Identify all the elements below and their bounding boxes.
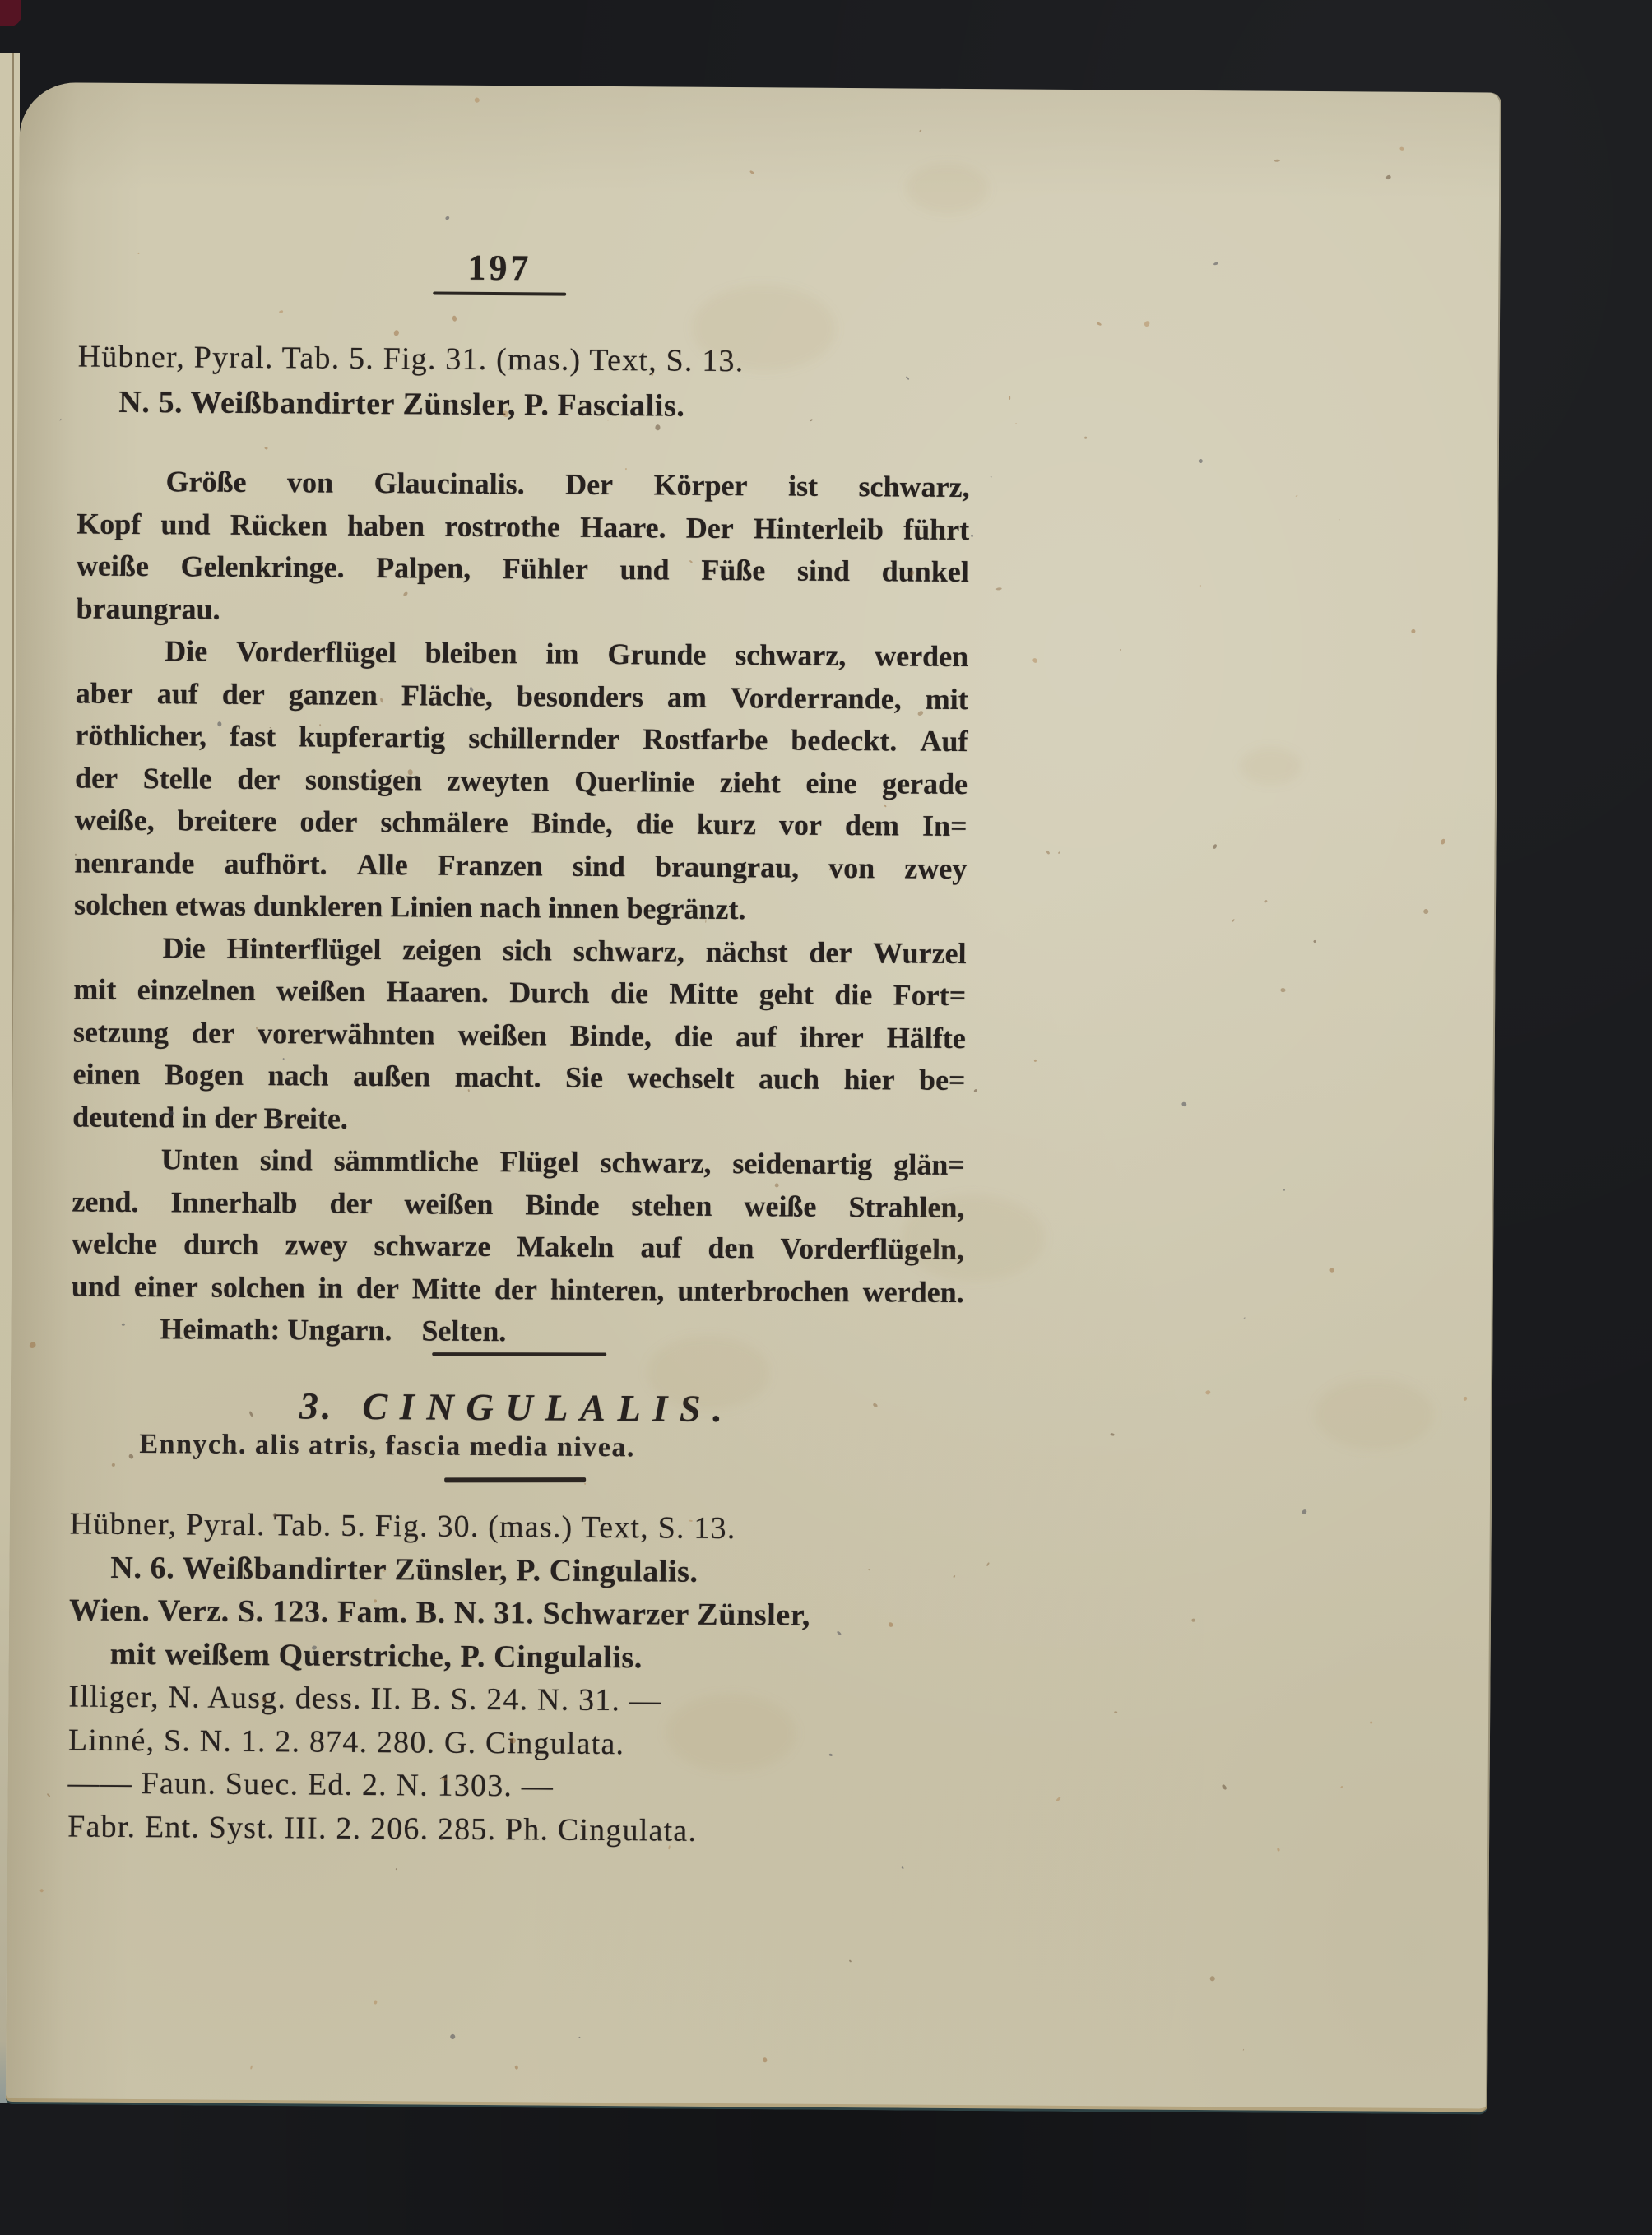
word: der	[222, 673, 265, 716]
word: röthlicher,	[75, 714, 206, 758]
word: Fläche,	[401, 675, 493, 717]
paper-speck	[395, 1868, 397, 1871]
paper-speck	[1046, 851, 1050, 855]
text-line: röthlicher,fastkupferartigschillernderRo…	[75, 714, 968, 763]
word: Der	[565, 464, 613, 507]
word: der	[809, 931, 852, 974]
text-line: Heimath: Ungarn. Selten.	[71, 1307, 963, 1356]
reference-line: Fabr. Ent. Syst. III. 2. 206. 285. Ph. C…	[67, 1805, 1088, 1855]
species-diagnosis: Ennych. alis atris, fascia media nivea.	[139, 1429, 635, 1463]
word: sich	[503, 930, 552, 972]
word: macht.	[454, 1056, 541, 1099]
word: der	[329, 1182, 372, 1225]
word: Gelenkringe.	[180, 545, 344, 589]
paper-speck	[578, 2037, 580, 2038]
paper-speck	[1410, 628, 1415, 634]
word: ihrer	[800, 1016, 864, 1059]
word: Vorderrande,	[731, 677, 902, 721]
paper-speck	[449, 2033, 456, 2040]
word: die	[834, 974, 872, 1017]
paper-speck	[1277, 1848, 1280, 1851]
page-number-rule	[433, 292, 566, 296]
text-line: derStelledersonstigenzweytenQuerliniezie…	[75, 757, 968, 805]
word: Hälfte	[887, 1017, 966, 1060]
fascialis-description: GrößevonGlaucinalis.DerKörperistschwarz,…	[71, 460, 970, 1356]
word: aber	[76, 672, 133, 715]
word: kurz	[697, 804, 756, 846]
word: die	[636, 803, 674, 846]
word: einer	[134, 1266, 198, 1309]
word: mit	[73, 968, 116, 1011]
word: schwarz,	[573, 930, 684, 972]
word: sämmtliche	[334, 1140, 479, 1184]
word: Die	[165, 630, 207, 673]
word: schwarz,	[735, 634, 846, 677]
paper-speck	[474, 97, 480, 104]
word: auf	[157, 673, 198, 716]
word: Vorderflügel	[236, 631, 397, 675]
word: werden	[875, 635, 968, 678]
paper-speck	[901, 1866, 903, 1869]
paper-stain	[1315, 1378, 1435, 1450]
reference-line: —— Faun. Suec. Ed. 2. N. 1303. —	[67, 1761, 1088, 1811]
word: haben	[347, 504, 425, 547]
word: Fühler	[503, 548, 588, 591]
word: braungrau,	[655, 846, 799, 889]
word: die	[610, 972, 648, 1015]
paper-speck	[1032, 657, 1038, 664]
text-line: weiße,breitereoderschmälereBinde,diekurz…	[75, 799, 968, 847]
word: sind	[573, 845, 625, 888]
text-line: DieHinterflügelzeigensichschwarz,nächstd…	[73, 926, 966, 975]
scan-background: 197 Hübner, Pyral. Tab. 5. Fig. 31. (mas…	[0, 0, 1652, 2235]
paper-speck	[374, 2001, 378, 2005]
word: fast	[230, 716, 276, 758]
paper-speck	[971, 535, 974, 538]
paper-speck	[584, 1483, 587, 1485]
text-line: setzungdervorerwähntenweißenBinde,dieauf…	[73, 1011, 966, 1060]
paper-speck	[1213, 843, 1218, 849]
paper-speck	[1192, 1619, 1195, 1622]
word: Franzen	[438, 844, 543, 887]
word: schmälere	[380, 801, 508, 845]
paper-speck	[1463, 1396, 1467, 1401]
text-line: GrößevonGlaucinalis.DerKörperistschwarz,	[77, 460, 969, 508]
word: weiße,	[75, 799, 155, 842]
paper-speck	[749, 169, 755, 174]
word: Füße	[701, 549, 765, 592]
word: kupferartig	[299, 716, 445, 759]
word: welche	[72, 1222, 157, 1265]
paper-speck	[849, 1959, 852, 1962]
paper-speck	[39, 1889, 44, 1894]
word: Palpen,	[376, 547, 471, 590]
word: Unten	[161, 1138, 239, 1181]
word: die	[675, 1015, 712, 1058]
word: Querlinie	[574, 760, 694, 804]
paper-speck	[1295, 494, 1297, 497]
fascialis-reference-block: Hübner, Pyral. Tab. 5. Fig. 31. (mas.) T…	[77, 335, 1098, 433]
paper-speck	[59, 418, 61, 420]
section-divider	[444, 1477, 586, 1482]
word: Sie	[565, 1057, 603, 1100]
word: durch	[183, 1223, 259, 1266]
paper-stain	[1240, 747, 1302, 785]
text-line: braungrau.	[76, 587, 968, 636]
binding-corner	[0, 0, 21, 26]
word: vorerwähnten	[258, 1013, 435, 1056]
word: vor	[779, 804, 822, 846]
word: Der	[686, 507, 734, 549]
word: seidenartig	[732, 1143, 872, 1186]
word: und	[619, 549, 669, 591]
word: auf	[640, 1226, 681, 1269]
paper-speck	[1281, 988, 1286, 992]
paper-speck	[128, 1453, 135, 1459]
word: den	[708, 1227, 754, 1270]
paper-speck	[1329, 1267, 1334, 1272]
paper-speck	[452, 316, 457, 322]
word: oder	[299, 800, 357, 843]
paper-speck	[1370, 1721, 1372, 1724]
word: Die	[162, 927, 205, 970]
text-line: aberaufderganzenFläche,besondersamVorder…	[76, 672, 968, 721]
word: weiße	[77, 545, 149, 587]
text-line: einenBogennachaußenmacht.Siewechseltauch…	[72, 1053, 965, 1101]
species-name: CINGULALIS.	[362, 1385, 734, 1430]
word: Glaucinalis.	[374, 462, 524, 506]
word: glän=	[893, 1143, 965, 1186]
word: Durch	[509, 971, 590, 1014]
paper-speck	[1110, 1432, 1114, 1435]
word: stehen	[631, 1185, 712, 1227]
word: mit	[926, 678, 968, 721]
word: und	[160, 503, 210, 546]
word: weißen	[458, 1013, 547, 1056]
word: solchen	[211, 1266, 305, 1309]
word: von	[287, 461, 333, 504]
word: Haare.	[580, 506, 666, 549]
paper-speck	[47, 1793, 51, 1797]
paper-speck	[279, 310, 284, 314]
paper-speck	[1263, 900, 1267, 903]
paper-speck	[138, 252, 141, 254]
word: am	[667, 676, 707, 719]
word: In=	[922, 805, 968, 848]
paper-speck	[1341, 1786, 1343, 1788]
word: Hinterleib	[754, 508, 884, 551]
word: Flügel	[499, 1141, 578, 1184]
section-divider	[432, 1352, 606, 1356]
word: schwarze	[374, 1225, 490, 1268]
paper-speck	[1200, 584, 1202, 587]
paper-speck	[1058, 852, 1060, 855]
reference-line: mit weißem Querstriche, P. Cingulalis.	[68, 1632, 1088, 1682]
paper-speck	[28, 1341, 36, 1349]
reference-line: Linné, S. N. 1. 2. 874. 280. G. Cingulat…	[68, 1718, 1088, 1769]
species-number: 3.	[299, 1384, 335, 1426]
word: hier	[843, 1059, 894, 1101]
paper-speck	[1084, 437, 1087, 440]
word: Strahlen,	[848, 1186, 964, 1229]
word: einen	[72, 1053, 140, 1096]
word: aufhört.	[224, 842, 327, 885]
paper-speck	[393, 329, 400, 336]
word: in	[318, 1267, 343, 1310]
paper-speck	[1181, 1101, 1187, 1107]
word: Fort=	[893, 974, 967, 1017]
paper-speck	[445, 216, 450, 220]
reference-line: N. 6. Weißbandirter Zünsler, P. Cingulal…	[69, 1546, 1089, 1596]
word: von	[828, 846, 875, 889]
word: im	[545, 633, 578, 675]
paper-speck	[1144, 320, 1151, 327]
paper-speck	[1221, 1783, 1227, 1790]
paper-speck	[1210, 1976, 1215, 1981]
book-page: 197 Hübner, Pyral. Tab. 5. Fig. 31. (mas…	[6, 82, 1501, 2115]
word: ganzen	[289, 674, 378, 716]
paper-speck	[1385, 174, 1392, 180]
word: dem	[845, 805, 899, 847]
word: be=	[919, 1060, 966, 1102]
page-number: 197	[413, 246, 586, 289]
word: Rücken	[230, 503, 327, 546]
word: Stelle	[143, 758, 212, 800]
paper-speck	[1198, 459, 1203, 464]
word: der	[192, 1012, 234, 1055]
paper-speck	[919, 129, 921, 132]
cingulalis-reference-block: Hübner, Pyral. Tab. 5. Fig. 30. (mas.) T…	[67, 1502, 1090, 1855]
word: gerade	[882, 763, 968, 805]
paper-speck	[1213, 262, 1218, 265]
text-line: solchen etwas dunkleren Linien nach inne…	[74, 883, 967, 932]
word: Größe	[165, 461, 246, 503]
word: Rostfarbe	[643, 718, 768, 762]
word: weiße	[744, 1185, 816, 1228]
word: breitere	[178, 800, 277, 842]
word: Binde	[525, 1184, 599, 1226]
word: zend.	[72, 1180, 138, 1223]
paper-speck	[1338, 519, 1339, 522]
word: Makeln	[517, 1226, 614, 1268]
word: führt	[903, 508, 969, 551]
word: Wurzel	[873, 932, 967, 975]
paper-speck	[1302, 1509, 1308, 1515]
word: Hinterflügel	[226, 927, 381, 971]
word: setzung	[73, 1011, 169, 1054]
paper-speck	[1314, 939, 1317, 943]
paper-speck	[1204, 1389, 1211, 1395]
word: zwey	[904, 847, 967, 890]
paper-speck	[1274, 160, 1280, 163]
paper-speck	[1243, 2049, 1245, 2051]
reference-line: N. 5. Weißbandirter Zünsler, P. Fasciali…	[77, 380, 1097, 433]
paper-speck	[1440, 838, 1446, 845]
word: nächst	[705, 930, 787, 973]
text-line: KopfundRückenhabenrostrotheHaare.DerHint…	[77, 503, 969, 551]
page-header: 197	[413, 246, 586, 295]
paper-speck	[1096, 322, 1101, 326]
paper-speck	[1232, 920, 1235, 923]
word: Binde,	[531, 802, 613, 845]
word: bedeckt.	[791, 720, 897, 763]
species-heading: 3.CINGULALIS.	[71, 1382, 963, 1432]
word: zeigen	[402, 929, 481, 971]
word: weißen	[404, 1183, 493, 1226]
paper-speck	[991, 476, 993, 478]
word: Alle	[356, 843, 407, 886]
text-line: DieVorderflügelbleibenimGrundeschwarz,we…	[76, 629, 968, 678]
word: auf	[736, 1016, 777, 1059]
word: ist	[788, 466, 818, 508]
word: hinteren,	[550, 1268, 665, 1311]
paper-speck	[996, 587, 1002, 591]
word: Mitte	[412, 1268, 481, 1310]
word: auch	[759, 1058, 819, 1101]
text-line: zend.InnerhalbderweißenBindestehenweißeS…	[72, 1180, 964, 1229]
word: werden.	[863, 1271, 964, 1314]
word: besonders	[517, 675, 643, 719]
paper-speck	[763, 2057, 768, 2063]
paper-speck	[250, 2065, 253, 2069]
text-line: miteinzelnenweißenHaaren.DurchdieMittege…	[73, 968, 966, 1017]
word: nach	[267, 1055, 328, 1097]
paper-speck	[1243, 1317, 1245, 1319]
text-line: nenrandeaufhört.AlleFranzensindbraungrau…	[74, 842, 967, 890]
word: schillernder	[468, 717, 619, 761]
paper-speck	[1423, 909, 1429, 915]
word: zwey	[285, 1224, 347, 1267]
paper-speck	[1114, 1712, 1117, 1713]
word: wechselt	[627, 1057, 734, 1100]
word: sonstigen	[305, 758, 422, 801]
text-line: weißeGelenkringe.Palpen,FühlerundFüßesin…	[77, 545, 969, 593]
word: zieht	[720, 761, 781, 804]
word: Vorderflügeln,	[780, 1227, 964, 1271]
paper-speck	[1283, 1189, 1286, 1191]
text-line: undeinersolcheninderMittederhinteren,unt…	[72, 1265, 964, 1314]
word: weißen	[276, 970, 365, 1013]
paper-speck	[514, 2065, 519, 2070]
word: geht	[759, 973, 814, 1016]
word: zweyten	[447, 759, 549, 802]
word: eine	[805, 762, 856, 805]
paper-speck	[1119, 649, 1121, 651]
word: bleiben	[425, 632, 517, 675]
word: unterbrochen	[677, 1269, 850, 1313]
word: Grunde	[607, 633, 706, 676]
reference-line: Wien. Verz. S. 123. Fam. B. N. 31. Schwa…	[69, 1588, 1089, 1639]
word: Auf	[920, 721, 968, 763]
word: Haaren.	[386, 971, 489, 1013]
word: schwarz,	[600, 1142, 711, 1185]
word: außen	[353, 1055, 430, 1098]
word: sind	[260, 1139, 313, 1182]
reference-line: Hübner, Pyral. Tab. 5. Fig. 30. (mas.) T…	[70, 1502, 1090, 1552]
text-line: welchedurchzweyschwarzeMakelnaufdenVorde…	[72, 1222, 964, 1271]
word: Bogen	[165, 1054, 244, 1097]
text-line: deutend in der Breite.	[72, 1096, 965, 1144]
word: einzelnen	[137, 969, 256, 1013]
word: der	[75, 757, 118, 800]
word: Innerhalb	[170, 1181, 297, 1225]
word: der	[237, 758, 280, 800]
paper-speck	[265, 447, 269, 451]
word: und	[72, 1265, 121, 1308]
word: sind	[797, 550, 850, 593]
word: nenrande	[74, 842, 194, 885]
paper-stain	[906, 164, 990, 215]
text-line: UntensindsämmtlicheFlügelschwarz,seidena…	[72, 1138, 965, 1186]
word: Binde,	[570, 1014, 652, 1057]
paper-speck	[973, 1088, 977, 1092]
reference-line: Hübner, Pyral. Tab. 5. Fig. 31. (mas.) T…	[77, 335, 1097, 387]
paper-speck	[1034, 1059, 1037, 1061]
word: rostrothe	[444, 505, 560, 548]
word: der	[356, 1267, 399, 1310]
reference-line: Illiger, N. Ausg. dess. II. B. S. 24. N.…	[68, 1675, 1088, 1725]
word: dunkel	[882, 550, 969, 593]
word: Mitte	[669, 973, 738, 1016]
word: Körper	[653, 464, 747, 507]
paper-speck	[1400, 146, 1405, 151]
word: Kopf	[77, 503, 141, 545]
word: schwarz,	[858, 466, 969, 508]
word: der	[494, 1268, 537, 1311]
paper-speck	[112, 1463, 115, 1466]
